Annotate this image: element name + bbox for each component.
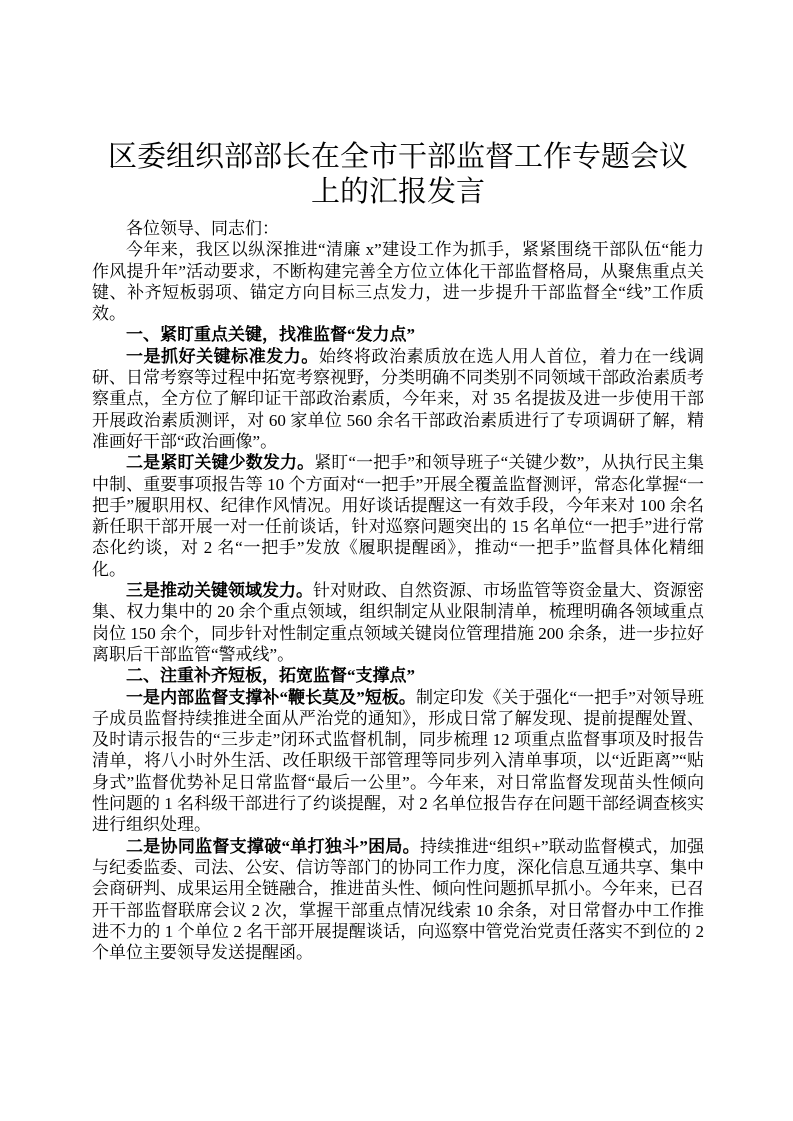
paragraph-2-2: 二是协同监督支撑破“单打独斗”困局。持续推进“组织+”联动监督模式，加强与纪委监…: [92, 836, 704, 964]
paragraph-1-3-lead: 三是推动关键领域发力。: [126, 581, 313, 600]
paragraph-1-3: 三是推动关键领域发力。针对财政、自然资源、市场监管等资金量大、资源密集、权力集中…: [92, 580, 704, 665]
section-heading-1: 一、紧盯重点关键，找准监督“发力点”: [92, 324, 704, 345]
salutation: 各位领导、同志们：: [92, 218, 704, 239]
intro-paragraph: 今年来，我区以纵深推进“清廉 x”建设工作为抓手，紧紧围绕干部队伍“能力作风提升…: [92, 239, 704, 324]
paragraph-1-1-lead: 一是抓好关键标准发力。: [126, 347, 319, 366]
paragraph-1-2-lead: 二是紧盯关键少数发力。: [126, 453, 314, 472]
paragraph-2-1: 一是内部监督支撑补“鞭长莫及”短板。制定印发《关于强化“一把手”对领导班子成员监…: [92, 687, 704, 836]
paragraph-2-1-text: 制定印发《关于强化“一把手”对领导班子成员监督持续推进全面从严治党的通知》，形成…: [92, 688, 704, 835]
document-title: 区委组织部部长在全市干部监督工作专题会议上的汇报发言: [103, 140, 693, 210]
paragraph-2-2-lead: 二是协同监督支撑破“单打独斗”困局。: [126, 837, 420, 856]
paragraph-1-1: 一是抓好关键标准发力。始终将政治素质放在选人用人首位，着力在一线调研、日常考察等…: [92, 346, 704, 452]
section-heading-2: 二、注重补齐短板，拓宽监督“支撑点”: [92, 665, 704, 686]
paragraph-2-1-lead: 一是内部监督支撑补“鞭长莫及”短板。: [126, 688, 416, 707]
paragraph-1-2: 二是紧盯关键少数发力。紧盯“一把手”和领导班子“关键少数”，从执行民主集中制、重…: [92, 452, 704, 580]
document-page: 区委组织部部长在全市干部监督工作专题会议上的汇报发言 各位领导、同志们： 今年来…: [0, 0, 793, 1121]
